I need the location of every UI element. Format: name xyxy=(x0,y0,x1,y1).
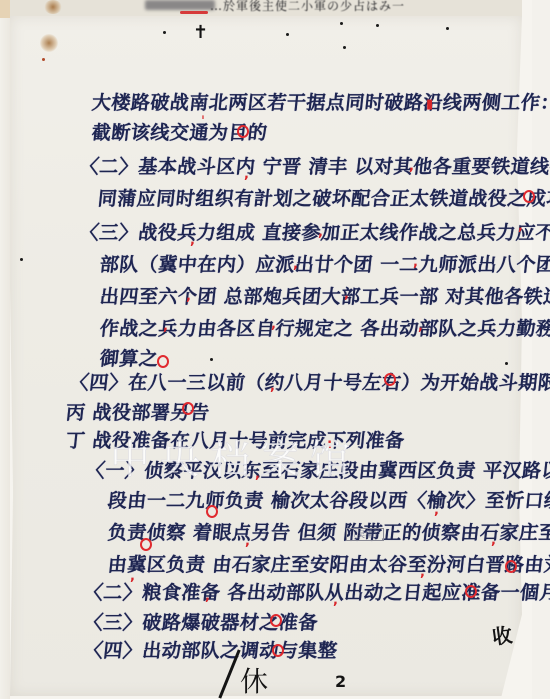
red-comma-mark: , xyxy=(270,380,275,393)
scanned-document-page: …於軍後主使二小軍の少占はみ一 ✝ 大楼路破战南北两区若干据点同时破路沿线两侧工… xyxy=(0,0,550,699)
red-full-stop-mark xyxy=(523,190,535,203)
manuscript-line: 御算之 xyxy=(99,344,160,371)
manuscript-line: 同蒲应同时组织有計划之破坏配合正太铁道战役之成功 xyxy=(97,184,550,211)
red-full-stop-mark xyxy=(206,505,218,518)
red-comma-mark: , xyxy=(333,594,338,607)
page-number: 2 xyxy=(335,672,346,691)
red-comma-mark: ˌ xyxy=(201,108,205,121)
manuscript-line: 〈四〉出动部队之调动与集整 xyxy=(83,636,339,663)
red-full-stop-mark xyxy=(272,644,284,657)
red-full-stop-mark xyxy=(237,125,249,138)
red-full-stop-mark xyxy=(465,585,477,598)
manuscript-line: 〈一〉侦察平汉以东至石家庄段由冀西区负责 平汉路以西至榆次太谷 xyxy=(85,456,550,483)
red-comma-mark: , xyxy=(293,258,298,271)
manuscript-line: 〈二〉粮食准备 各出动部队从出动之日起应准备一個月之粮食 xyxy=(83,578,550,605)
red-comma-mark: , xyxy=(344,288,349,301)
red-colon-mark: : xyxy=(327,438,332,451)
red-comma-mark: , xyxy=(413,256,418,269)
manuscript-line: 〈二〉基本战斗区内 宁晋 清丰 以对其他各重要铁道线特别是平汉 xyxy=(79,152,550,179)
red-full-stop-mark xyxy=(505,560,517,573)
manuscript-line: 大楼路破战南北两区若干据点同时破路沿线两侧工作：基本是 xyxy=(91,88,550,115)
red-comma-mark: , xyxy=(186,290,191,303)
receipt-annotation: 收 xyxy=(490,619,514,651)
red-comma-mark: , xyxy=(409,160,414,173)
red-full-stop-mark xyxy=(182,402,194,415)
red-comma-mark: , xyxy=(420,566,425,579)
red-comma-mark: , xyxy=(271,318,276,331)
manuscript-line: 丁 战役准备在八月十号前完成下列准备 xyxy=(65,426,406,453)
red-comma-mark: , xyxy=(434,504,439,517)
red-comma-mark: , xyxy=(163,320,168,333)
manuscript-line: 部队（冀中在内）应派出廿个团 一二九师派出八个团 一二〇师派 xyxy=(99,250,550,277)
manuscript-line: 〈三〉战役兵力组成 直接参加正太线作战之总兵力应不少于廿个团 xyxy=(79,218,550,245)
red-full-stop-mark xyxy=(384,373,396,386)
manuscript-line: 段由一二九师负责 榆次太谷段以西〈榆次〉至忻口线由一二〇师 xyxy=(107,486,550,513)
red-comma-mark: , xyxy=(244,168,249,181)
manuscript-line: 负责侦察 着眼点另告 但须 附带正的侦察由石家庄至芦沟桥 xyxy=(107,518,550,545)
red-full-stop-mark xyxy=(270,614,282,627)
manuscript-line: 由冀区负责 由石家庄至安阳由太谷至汾河白晋路由刘邓负责 xyxy=(107,550,550,577)
interlinear-insertion: 〔吴浦〕 xyxy=(346,528,384,541)
red-comma-mark: , xyxy=(190,234,195,247)
manuscript-line: 〈三〉破路爆破器材之准备 xyxy=(83,608,320,635)
red-full-stop-mark xyxy=(140,538,152,551)
red-comma-mark: , xyxy=(245,535,250,548)
manuscript-line: 〈四〉在八一三以前（约八月十号左右）为开始战斗期限 xyxy=(69,368,550,395)
manuscript-line: 出四至六个团 总部炮兵团大部工兵一部 对其他各铁道线配合 xyxy=(99,282,550,309)
red-comma-mark: , xyxy=(130,570,135,583)
red-correction-block: ▮ xyxy=(426,98,433,111)
red-comma-mark: , xyxy=(205,590,210,603)
red-comma-mark: , xyxy=(418,320,423,333)
red-comma-mark: , xyxy=(518,220,523,233)
red-comma-mark: , xyxy=(318,226,323,239)
rest-annotation: 休 xyxy=(240,660,268,699)
red-comma-mark: , xyxy=(255,468,260,481)
red-full-stop-mark xyxy=(157,355,169,368)
red-comma-mark: , xyxy=(491,534,496,547)
